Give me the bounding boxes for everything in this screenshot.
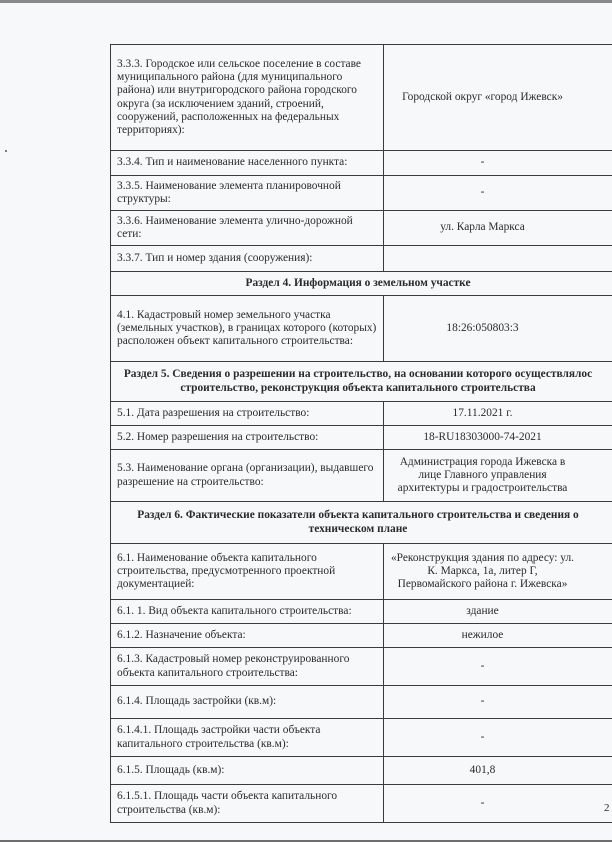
field-value: - (384, 151, 612, 176)
table-row: 6.1.2. Назначение объекта:нежилое (111, 624, 612, 648)
table-row: 6.1.3. Кадастровый номер реконструирован… (111, 648, 612, 686)
field-label: 6.1.2. Назначение объекта: (111, 624, 384, 648)
scan-speck (5, 150, 7, 152)
field-label: 6.1.4.1. Площадь застройки части объекта… (111, 719, 384, 757)
field-value: здание (384, 600, 612, 624)
field-label: 3.3.6. Наименование элемента улично-доро… (111, 211, 384, 246)
field-label: 3.3.4. Тип и наименование населенного пу… (111, 151, 384, 176)
permit-info-table: 3.3.3. Городское или сельское поселение … (110, 44, 612, 823)
section-title: Раздел 4. Информация о земельном участке (111, 272, 612, 296)
table-row: 6.1.5.1. Площадь части объекта капитальн… (111, 785, 612, 823)
field-value: - (384, 785, 612, 823)
field-label: 6.1.5. Площадь (кв.м): (111, 757, 384, 785)
field-value: - (384, 176, 612, 211)
field-label: 6.1.4. Площадь застройки (кв.м): (111, 686, 384, 719)
table-row: 3.3.7. Тип и номер здания (сооружения): (111, 246, 612, 272)
field-value: Городской округ «город Ижевск» (384, 45, 612, 151)
table-row: 3.3.6. Наименование элемента улично-доро… (111, 211, 612, 246)
table-row: 6.1.4. Площадь застройки (кв.м):- (111, 686, 612, 719)
field-label: 6.1. Наименование объекта капитального с… (111, 544, 384, 600)
table-row: 6.1. 1. Вид объекта капитального строите… (111, 600, 612, 624)
field-label: 4.1. Кадастровый номер земельного участк… (111, 296, 384, 362)
field-label: 5.2. Номер разрешения на строительство: (111, 426, 384, 450)
field-label: 6.1.5.1. Площадь части объекта капитальн… (111, 785, 384, 823)
table-row: 3.3.3. Городское или сельское поселение … (111, 45, 612, 151)
field-label: 3.3.5. Наименование элемента планировочн… (111, 176, 384, 211)
field-value: - (384, 686, 612, 719)
section-header-row: Раздел 4. Информация о земельном участке (111, 272, 612, 296)
table-row: 5.1. Дата разрешения на строительство:17… (111, 402, 612, 426)
field-label: 6.1. 1. Вид объекта капитального строите… (111, 600, 384, 624)
table-row: 4.1. Кадастровый номер земельного участк… (111, 296, 612, 362)
field-value: 18:26:050803:3 (384, 296, 612, 362)
section-header-row: Раздел 5. Сведения о разрешении на строи… (111, 362, 612, 402)
field-value: 18-RU18303000-74-2021 (384, 426, 612, 450)
field-label: 5.1. Дата разрешения на строительство: (111, 402, 384, 426)
field-label: 6.1.3. Кадастровый номер реконструирован… (111, 648, 384, 686)
table-row: 5.3. Наименование органа (организации), … (111, 450, 612, 502)
field-value: 17.11.2021 г. (384, 402, 612, 426)
section-header-row: Раздел 6. Фактические показатели объекта… (111, 502, 612, 544)
field-value: «Реконструкция здания по адресу: ул. К. … (384, 544, 612, 600)
field-value (384, 246, 612, 272)
section-title: Раздел 5. Сведения о разрешении на строи… (111, 362, 612, 402)
field-value: 401,8 (384, 757, 612, 785)
section-title: Раздел 6. Фактические показатели объекта… (111, 502, 612, 544)
table-row: 6.1.5. Площадь (кв.м):401,8 (111, 757, 612, 785)
field-value: ул. Карла Маркса (384, 211, 612, 246)
table-row: 6.1.4.1. Площадь застройки части объекта… (111, 719, 612, 757)
field-value: нежилое (384, 624, 612, 648)
field-value: Администрация города Ижевска в лице Глав… (384, 450, 612, 502)
field-value: - (384, 719, 612, 757)
table-row: 5.2. Номер разрешения на строительство:1… (111, 426, 612, 450)
table-row: 6.1. Наименование объекта капитального с… (111, 544, 612, 600)
field-label: 3.3.7. Тип и номер здания (сооружения): (111, 246, 384, 272)
page-number: 2 (604, 802, 610, 814)
scan-top-edge (0, 0, 612, 3)
table-row: 3.3.5. Наименование элемента планировочн… (111, 176, 612, 211)
field-label: 5.3. Наименование органа (организации), … (111, 450, 384, 502)
field-label: 3.3.3. Городское или сельское поселение … (111, 45, 384, 151)
field-value: - (384, 648, 612, 686)
table-row: 3.3.4. Тип и наименование населенного пу… (111, 151, 612, 176)
